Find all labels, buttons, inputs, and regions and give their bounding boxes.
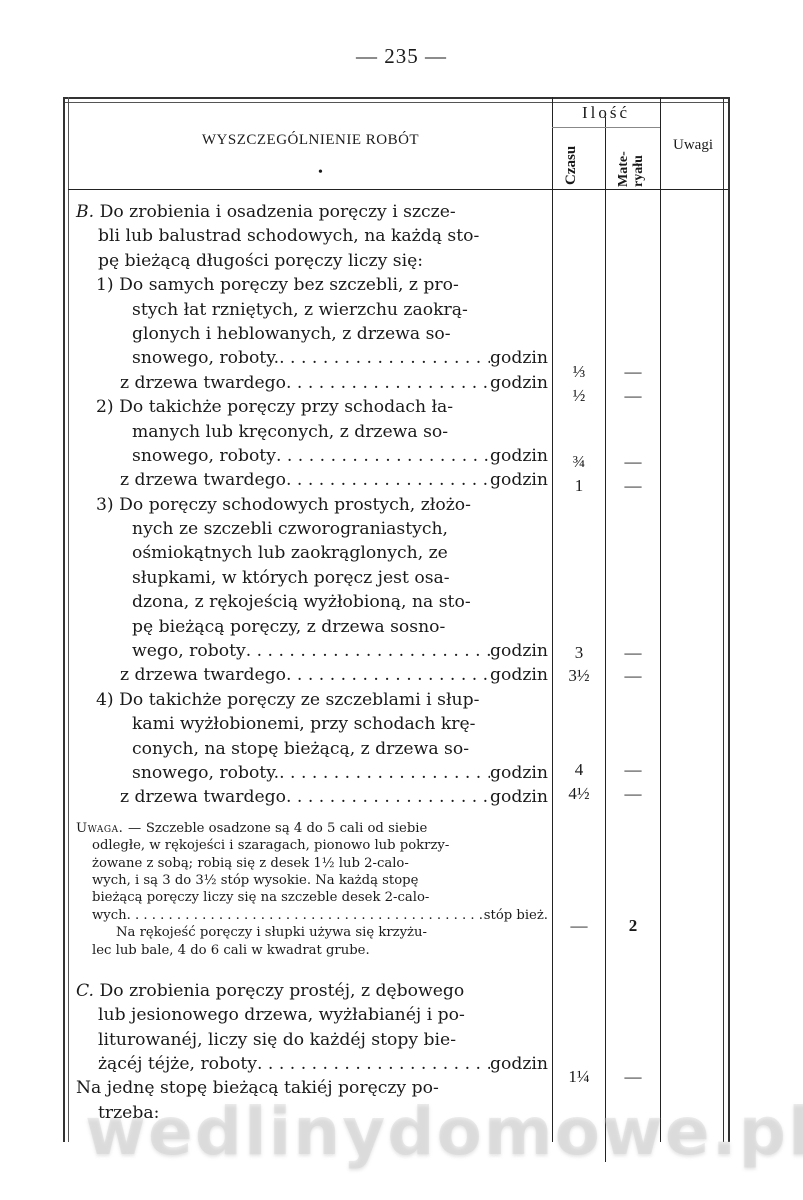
item-4-row: z drzewa twardegogodzin xyxy=(76,785,548,809)
note-line: Na rękojeść poręczy i słupki używa się k… xyxy=(76,924,548,941)
item-3-line: słupkami, w których poręcz jest osa- xyxy=(76,566,548,590)
note-line: Uwaga. — Szczeble osadzone są 4 do 5 cal… xyxy=(76,820,548,837)
time-value-1a: ⅓ xyxy=(554,362,604,382)
section-c-letter: C. xyxy=(76,979,94,1003)
item-3-line: dzona, z rękojeścią wyżłobioną, na sto- xyxy=(76,590,548,614)
item-3-row: wego, robotygodzin xyxy=(76,639,548,663)
header-bottom-rule xyxy=(68,189,728,190)
column-divider-time xyxy=(552,97,553,1142)
note-line: lec lub bale, 4 do 6 cali w kwadrat grub… xyxy=(76,942,548,959)
material-value-2b: — xyxy=(607,476,659,496)
header-quantity-group: Ilość xyxy=(552,103,660,123)
note-lead: Uwaga. — xyxy=(76,820,142,837)
material-value-note: 2 xyxy=(607,916,659,936)
table-body: B. Do zrobienia i osadzenia poręczy i sz… xyxy=(76,200,548,1125)
section-c-tail: trzeba: xyxy=(76,1101,548,1125)
item-4-line: kami wyżłobionemi, przy schodach krę- xyxy=(76,712,548,736)
item-3-line: 3) Do poręczy schodowych prostych, złożo… xyxy=(76,493,548,517)
note-line: wych, i są 3 do 3½ stóp wysokie. Na każd… xyxy=(76,872,548,889)
item-3-line: ośmiokątnych lub zaokrąglonych, ze xyxy=(76,541,548,565)
time-value-3b: 3½ xyxy=(554,666,604,686)
time-value-4b: 4½ xyxy=(554,784,604,804)
note-row: wychstóp bież. xyxy=(76,907,548,924)
quantity-group-rule xyxy=(552,127,660,128)
section-c-line: C. Do zrobienia poręczy prostéj, z dębow… xyxy=(76,979,548,1003)
item-1-line: glonych i heblowanych, z drzewa so- xyxy=(76,322,548,346)
item-2-row: snowego, robotygodzin xyxy=(76,444,548,468)
material-value-3b: — xyxy=(607,666,659,686)
note-block: Uwaga. — Szczeble osadzone są 4 do 5 cal… xyxy=(76,820,548,959)
item-4-line: conych, na stopę bieżącą, z drzewa so- xyxy=(76,737,548,761)
table-right-border-inner xyxy=(723,97,724,1142)
time-value-c: 1¼ xyxy=(554,1067,604,1087)
section-b-line: B. Do zrobienia i osadzenia poręczy i sz… xyxy=(76,200,548,224)
item-2-line: manych lub kręconych, z drzewa so- xyxy=(76,420,548,444)
header-material: Mate- ryału xyxy=(616,151,646,187)
time-value-3a: 3 xyxy=(554,643,604,663)
material-value-4b: — xyxy=(607,784,659,804)
material-value-2a: — xyxy=(607,452,659,472)
section-b-line: pę bieżącą długości poręczy liczy się: xyxy=(76,249,548,273)
time-value-4a: 4 xyxy=(554,760,604,780)
time-value-2b: 1 xyxy=(554,476,604,496)
header-remarks: Uwagi xyxy=(662,137,724,154)
time-value-2a: ¾ xyxy=(554,452,604,472)
section-b-line: bli lub balustrad schodowych, na każdą s… xyxy=(76,224,548,248)
page-number: — 235 — xyxy=(0,44,803,69)
item-1-row: snowego, roboty.godzin xyxy=(76,346,548,370)
header-mark: • xyxy=(318,165,323,181)
material-value-c: — xyxy=(607,1067,659,1087)
material-value-1a: — xyxy=(607,362,659,382)
item-3-line: nych ze szczebli czworograniastych, xyxy=(76,517,548,541)
header-time: Czasu xyxy=(563,146,580,185)
item-4-line: 4) Do takichże poręczy ze szczeblami i s… xyxy=(76,688,548,712)
time-value-1b: ½ xyxy=(554,386,604,406)
item-2-row: z drzewa twardegogodzin xyxy=(76,468,548,492)
item-3-row: z drzewa twardegogodzin xyxy=(76,663,548,687)
material-value-1b: — xyxy=(607,386,659,406)
header-material-line1: Mate- xyxy=(616,151,631,187)
material-value-4a: — xyxy=(607,760,659,780)
section-b-letter: B. xyxy=(76,200,94,224)
item-2-line: 2) Do takichże poręczy przy schodach ła- xyxy=(76,395,548,419)
item-4-row: snowego, roboty.godzin xyxy=(76,761,548,785)
section-c-line: lub jesionowego drzewa, wyżłabianéj i po… xyxy=(76,1003,548,1027)
material-value-3a: — xyxy=(607,643,659,663)
column-divider-remarks xyxy=(660,97,661,1142)
column-divider-material xyxy=(605,117,606,1162)
section-c-row: żącéj téjże, robotygodzin xyxy=(76,1052,548,1076)
time-value-note: — xyxy=(554,916,604,936)
header-material-line2: ryału xyxy=(631,151,646,187)
note-line: odległe, w rękojeści i szaragach, pionow… xyxy=(76,837,548,854)
section-c-line: liturowanéj, liczy się do każdéj stopy b… xyxy=(76,1028,548,1052)
item-1-line: 1) Do samych poręczy bez szczebli, z pro… xyxy=(76,273,548,297)
table-top-border xyxy=(63,97,730,99)
note-line: żowane z sobą; robią się z desek 1½ lub … xyxy=(76,855,548,872)
table-left-border-inner xyxy=(68,97,69,1142)
table-left-border xyxy=(63,97,65,1142)
item-1-line: stych łat rzniętych, z wierzchu zaokrą- xyxy=(76,298,548,322)
section-c-tail: Na jednę stopę bieżącą takiéj poręczy po… xyxy=(76,1076,548,1100)
note-line: bieżącą poręczy liczy się na szczeble de… xyxy=(76,889,548,906)
item-3-line: pę bieżącą poręczy, z drzewa sosno- xyxy=(76,615,548,639)
header-description: WYSZCZEGÓLNIENIE ROBÓT xyxy=(69,132,552,149)
item-1-row: z drzewa twardegogodzin xyxy=(76,371,548,395)
table-right-border xyxy=(728,97,730,1142)
